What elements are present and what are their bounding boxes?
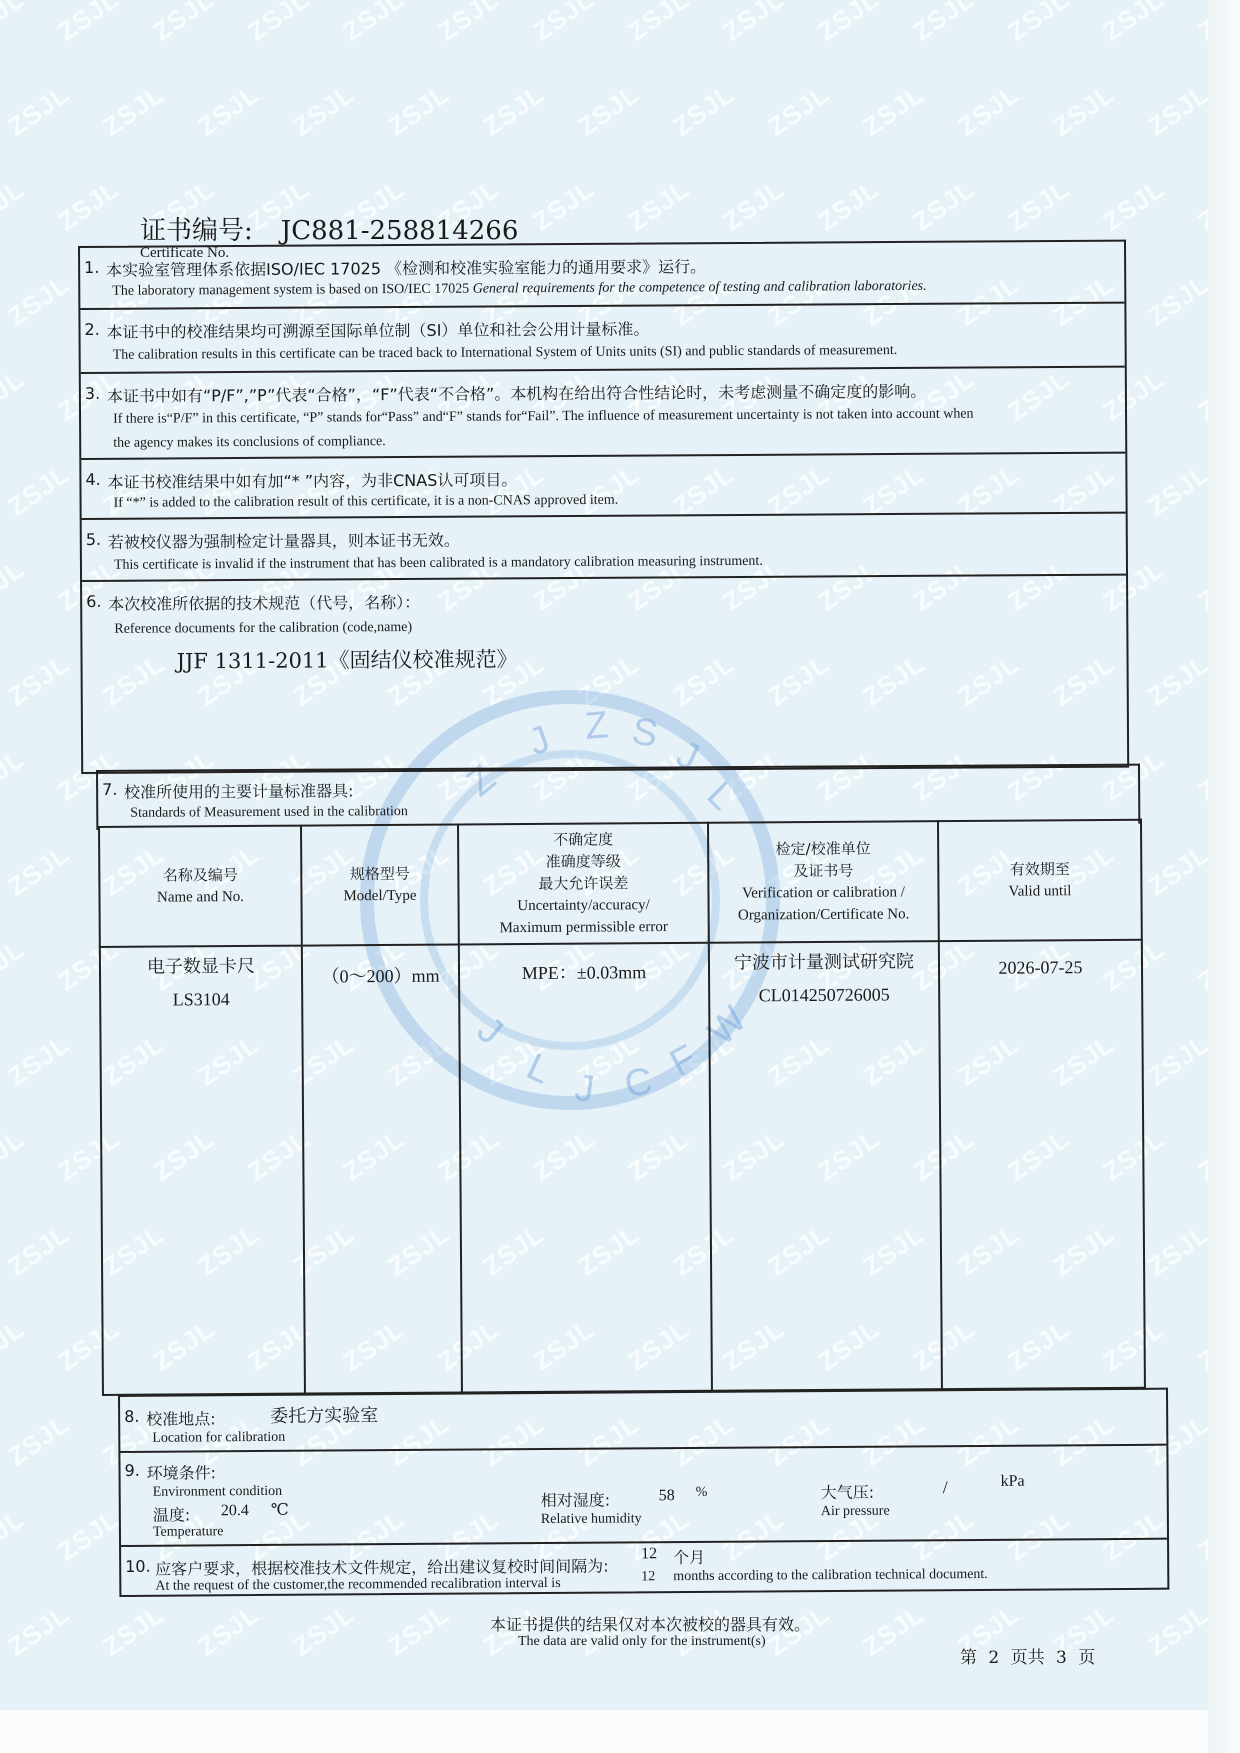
certificate-number-label: 证书编号: xyxy=(140,216,253,246)
location-label-zh: 校准地点: xyxy=(146,1406,216,1429)
pressure-label-en: Air pressure xyxy=(821,1504,890,1520)
temperature-value: 20.4 xyxy=(221,1502,249,1520)
section-number: 9. xyxy=(124,1461,139,1480)
statement-en: If “*” is added to the calibration resul… xyxy=(114,493,619,512)
statement-6-reference-documents: 6. 本次校准所依据的技术规范（代号，名称）： Reference docume… xyxy=(82,576,1127,772)
statement-4: 4. 本证书校准结果中如有加“* ”内容，为非CNAS认可项目。 If “*” … xyxy=(81,454,1125,520)
statement-number: 5. xyxy=(86,530,101,549)
header-uncertainty: 不确定度 准确度等级 最大允许误差 Uncertainty/accuracy/ … xyxy=(458,823,709,945)
cell-mpe: MPE：±0.03mm xyxy=(459,943,712,1393)
header-en-line: Maximum permissible error xyxy=(460,916,708,940)
header-name-and-no: 名称及编号 Name and No. xyxy=(99,826,302,947)
page-suffix: 页 xyxy=(1078,1648,1095,1668)
pressure-unit: kPa xyxy=(1001,1473,1025,1491)
statement-en: Reference documents for the calibration … xyxy=(114,620,412,638)
statement-1: 1. 本实验室管理体系依据ISO/IEC 17025 《检测和校准实验室能力的通… xyxy=(80,242,1124,310)
statement-3: 3. 本证书中如有“P/F”,”P”代表“合格”，“F”代表“不合格”。本机构在… xyxy=(81,368,1126,460)
statement-zh: 本证书中如有“P/F”,”P”代表“合格”，“F”代表“不合格”。本机构在给出符… xyxy=(107,379,927,407)
statement-zh: 本实验室管理体系依据ISO/IEC 17025 《检测和校准实验室能力的通用要求… xyxy=(106,254,706,281)
section-title-en: Standards of Measurement used in the cal… xyxy=(130,804,408,822)
header-verification-organization: 检定/校准单位 及证书号 Verification or calibration… xyxy=(708,821,939,943)
table-row: 电子数显卡尺 LS3104 （0～200）mm MPE：±0.03mm 宁波市计… xyxy=(100,940,1145,1395)
header-zh: 规格型号 xyxy=(302,862,457,885)
header-en: Valid until xyxy=(939,880,1140,903)
page-edge xyxy=(1208,0,1240,1753)
section-number: 7. xyxy=(102,780,117,799)
statement-2: 2. 本证书中的校准结果均可溯源至国际单位制（SI）单位和社会公用计量标准。 T… xyxy=(80,304,1124,374)
page-total: 3 xyxy=(1056,1648,1067,1668)
section-number: 10. xyxy=(125,1557,151,1576)
instrument-model: （0～200）mm xyxy=(303,949,458,992)
header-zh: 有效期至 xyxy=(939,858,1140,881)
humidity-label-en: Relative humidity xyxy=(541,1511,642,1528)
header-en-line: Uncertainty/accuracy/ xyxy=(459,894,707,918)
temperature-label-en: Temperature xyxy=(153,1524,224,1540)
recalibration-suffix-en: months according to the calibration tech… xyxy=(673,1567,988,1585)
header-en-line: Organization/Certificate No. xyxy=(710,903,938,927)
cell-name-and-no: 电子数显卡尺 LS3104 xyxy=(100,946,305,1395)
header-zh-line: 及证书号 xyxy=(709,859,937,883)
humidity-unit: % xyxy=(696,1485,708,1501)
statement-number: 3. xyxy=(85,384,100,403)
location-label-en: Location for calibration xyxy=(152,1430,285,1447)
temperature-label-zh: 温度: xyxy=(153,1502,191,1525)
location-value: 委托方实验室 xyxy=(270,1401,378,1428)
statement-en: The laboratory management system is base… xyxy=(112,279,926,300)
statement-zh: 本证书校准结果中如有加“* ”内容，为非CNAS认可项目。 xyxy=(107,467,517,493)
statement-en: This certificate is invalid if the instr… xyxy=(114,554,763,574)
statement-5: 5. 若被校仪器为强制检定计量器具，则本证书无效。 This certifica… xyxy=(82,514,1126,582)
calibration-organization: 宁波市计量测试研究院 xyxy=(710,946,938,980)
instrument-number: LS3104 xyxy=(101,983,301,1016)
page-indicator: 第 2 页共 3 页 xyxy=(960,1643,1095,1668)
recalibration-row: 10. 应客户要求，根据校准技术文件规定，给出建议复校时间间隔为: 12 个月 … xyxy=(121,1540,1167,1595)
statements-box: 1. 本实验室管理体系依据ISO/IEC 17025 《检测和校准实验室能力的通… xyxy=(78,240,1129,774)
statement-number: 4. xyxy=(85,470,100,489)
recalibration-en: At the request of the customer,the recom… xyxy=(155,1576,560,1595)
validity-note-zh: 本证书提供的结果仅对本次被校的器具有效。 xyxy=(490,1612,810,1635)
standards-table: 名称及编号 Name and No. 规格型号 Model/Type 不确定度 … xyxy=(98,819,1146,1396)
header-en: Model/Type xyxy=(302,884,457,907)
page-current: 2 xyxy=(988,1648,999,1668)
header-en-line: Verification or calibration / xyxy=(709,881,937,905)
page-mid: 页共 xyxy=(1011,1648,1045,1668)
humidity-label-zh: 相对湿度: xyxy=(541,1488,611,1511)
statement-en-line2: the agency makes its conclusions of comp… xyxy=(113,434,386,452)
page-bottom-margin xyxy=(0,1710,1208,1753)
environment-label-en: Environment condition xyxy=(153,1484,283,1501)
header-en: Name and No. xyxy=(100,886,300,909)
statement-en-italic: General requirements for the competence … xyxy=(473,279,927,297)
header-zh-line: 准确度等级 xyxy=(459,850,707,874)
location-row: 8. 校准地点: 委托方实验室 Location for calibration xyxy=(120,1390,1166,1453)
pressure-label-zh: 大气压: xyxy=(821,1480,875,1503)
statement-zh: 本次校准所依据的技术规范（代号，名称）： xyxy=(108,590,420,615)
humidity-value: 58 xyxy=(659,1487,675,1505)
statement-number: 1. xyxy=(84,258,99,277)
page-prefix: 第 xyxy=(960,1648,977,1668)
certificate-number-value: JC881-258814266 xyxy=(281,216,519,246)
header-zh-line: 最大允许误差 xyxy=(459,872,707,896)
statement-zh: 本证书中的校准结果均可溯源至国际单位制（SI）单位和社会公用计量标准。 xyxy=(106,317,649,343)
header-valid-until: 有效期至 Valid until xyxy=(938,820,1142,941)
reference-document-value: JJF 1311-2011《固结仪校准规范》 xyxy=(176,643,517,675)
header-zh-line: 不确定度 xyxy=(459,828,707,852)
statement-en-line1: If there is“P/F” in this certificate, “P… xyxy=(113,407,974,428)
recalibration-value-zh: 12 xyxy=(641,1545,657,1563)
environment-row: 9. 环境条件: Environment condition 温度: 20.4 … xyxy=(120,1446,1167,1547)
statement-zh: 若被校仪器为强制检定计量器具，则本证书无效。 xyxy=(108,528,460,553)
certificate-number: 证书编号:JC881-258814266 xyxy=(140,210,518,247)
conditions-box: 8. 校准地点: 委托方实验室 Location for calibration… xyxy=(118,1388,1169,1597)
validity-note-en: The data are valid only for the instrume… xyxy=(518,1634,766,1650)
instrument-mpe: MPE：±0.03mm xyxy=(460,948,708,990)
cell-organization: 宁波市计量测试研究院 CL014250726005 xyxy=(709,941,942,1391)
cell-model: （0～200）mm xyxy=(302,944,462,1393)
cell-valid-until: 2026-07-25 xyxy=(939,940,1145,1389)
environment-label-zh: 环境条件: xyxy=(146,1460,216,1483)
valid-until-date: 2026-07-25 xyxy=(940,945,1141,984)
recalibration-unit-zh: 个月 xyxy=(673,1545,705,1568)
header-model-type: 规格型号 Model/Type xyxy=(301,824,459,945)
standards-table-header-row: 名称及编号 Name and No. 规格型号 Model/Type 不确定度 … xyxy=(99,820,1142,947)
recalibration-value-en: 12 xyxy=(641,1569,655,1585)
instrument-name: 电子数显卡尺 xyxy=(101,951,301,984)
header-zh: 名称及编号 xyxy=(100,864,300,887)
statement-number: 2. xyxy=(84,320,99,339)
pressure-value: / xyxy=(943,1477,948,1498)
statement-number: 6. xyxy=(86,592,101,611)
statement-en: The calibration results in this certific… xyxy=(113,343,898,364)
section-number: 8. xyxy=(124,1407,139,1426)
statement-en-text: The laboratory management system is base… xyxy=(112,282,473,299)
organization-certificate-no: CL014250726005 xyxy=(710,978,938,1012)
section-title-zh: 校准所使用的主要计量标准器具: xyxy=(124,778,354,802)
header-zh-line: 检定/校准单位 xyxy=(709,837,937,861)
temperature-unit: ℃ xyxy=(271,1500,289,1520)
